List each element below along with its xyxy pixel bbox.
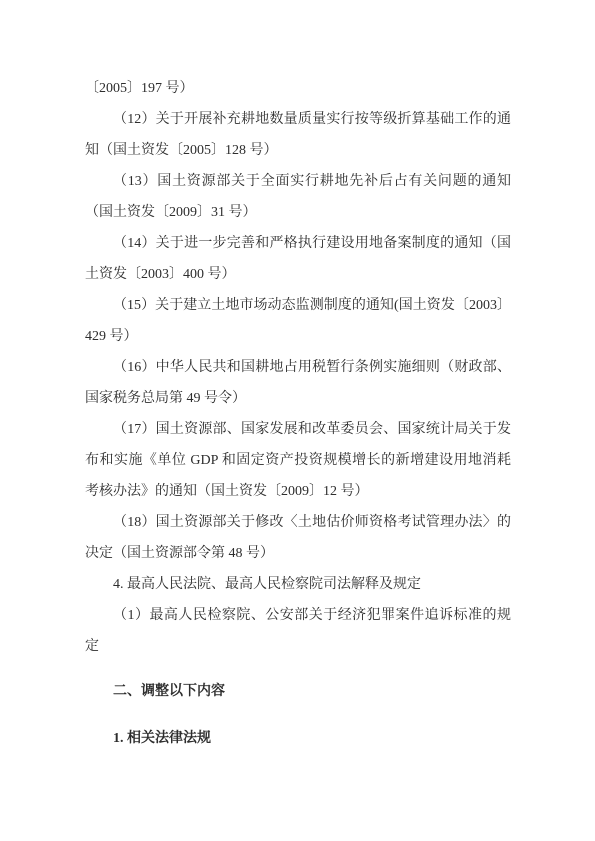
paragraph-item-14: （14）关于进一步完善和严格执行建设用地备案制度的通知（国土资发〔2003〕40… [85, 228, 511, 290]
paragraph-item-4: 4. 最高人民法院、最高人民检察院司法解释及规定 [85, 569, 511, 600]
paragraph-item-17: （17）国土资源部、国家发展和改革委员会、国家统计局关于发布和实施《单位 GDP… [85, 414, 511, 507]
document-page: 〔2005〕197 号） （12）关于开展补充耕地数量质量实行按等级折算基础工作… [0, 0, 595, 841]
paragraph-item-1: （1）最高人民检察院、公安部关于经济犯罪案件追诉标准的规定 [85, 600, 511, 662]
paragraph-item-16: （16）中华人民共和国耕地占用税暂行条例实施细则（财政部、国家税务总局第 49 … [85, 352, 511, 414]
document-body: 〔2005〕197 号） （12）关于开展补充耕地数量质量实行按等级折算基础工作… [85, 73, 511, 754]
section-heading-2: 二、调整以下内容 [85, 676, 511, 707]
subsection-heading-1: 1. 相关法律法规 [85, 723, 511, 754]
paragraph-item-18: （18）国土资源部关于修改〈土地估价师资格考试管理办法〉的决定（国土资源部令第 … [85, 507, 511, 569]
paragraph-item-12: （12）关于开展补充耕地数量质量实行按等级折算基础工作的通知（国土资发〔2005… [85, 104, 511, 166]
paragraph-continuation: 〔2005〕197 号） [85, 73, 511, 104]
paragraph-item-15: （15）关于建立土地市场动态监测制度的通知(国土资发〔2003〕429 号） [85, 290, 511, 352]
paragraph-item-13: （13）国土资源部关于全面实行耕地先补后占有关问题的通知（国土资发〔2009〕3… [85, 166, 511, 228]
